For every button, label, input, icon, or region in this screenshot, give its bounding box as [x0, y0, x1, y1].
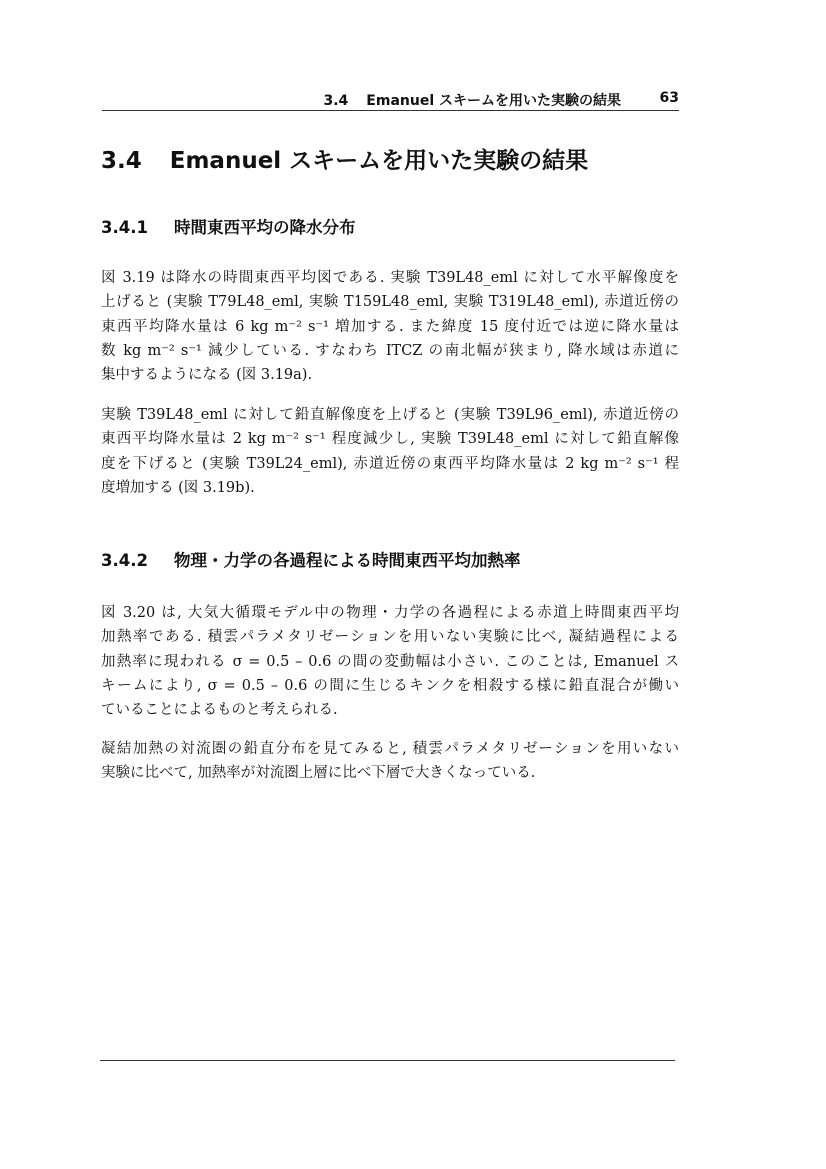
- section-heading: 3.4Emanuel スキームを用いた実験の結果: [101, 142, 588, 175]
- text-line: 実験に比べて, 加熱率が対流圏上層に比べ下層で大きくなっている.: [101, 761, 679, 785]
- text-line: ていることによるものと考えられる.: [101, 698, 679, 722]
- section-title: Emanuel スキームを用いた実験の結果: [170, 148, 588, 174]
- text-line: 上げると (実験 T79L48_eml, 実験 T159L48_eml, 実験 …: [101, 290, 679, 314]
- footer-rule: [100, 1060, 675, 1061]
- paragraph-precipitation-vertical: 実験 T39L48_eml に対して鉛直解像度を上げると (実験 T39L96_…: [101, 403, 679, 500]
- paragraph-precipitation-horizontal: 図 3.19 は降水の時間東西平均図である. 実験 T39L48_eml に対し…: [101, 266, 679, 387]
- subsection-heading-3-4-1: 3.4.1時間東西平均の降水分布: [101, 214, 355, 238]
- running-title: 3.4Emanuel スキームを用いた実験の結果: [323, 90, 621, 110]
- subsection-heading-3-4-2: 3.4.2物理・力学の各過程による時間東西平均加熱率: [101, 547, 520, 571]
- text-line: 図 3.19 は降水の時間東西平均図である. 実験 T39L48_eml に対し…: [101, 266, 679, 290]
- text-line: 実験 T39L48_eml に対して鉛直解像度を上げると (実験 T39L96_…: [101, 403, 679, 427]
- text-line: 東西平均降水量は 2 kg m⁻² s⁻¹ 程度減少し, 実験 T39L48_e…: [101, 427, 679, 451]
- text-line: 加熱率である. 積雲パラメタリゼーションを用いない実験に比べ, 凝結過程による: [101, 625, 679, 649]
- text-line: 度増加する (図 3.19b).: [101, 476, 679, 500]
- running-header: 3.4Emanuel スキームを用いた実験の結果 63: [102, 88, 679, 111]
- text-line: 図 3.20 は, 大気大循環モデル中の物理・力学の各過程による赤道上時間東西平…: [101, 601, 679, 625]
- text-line: 加熱率に現われる σ = 0.5 – 0.6 の間の変動幅は小さい. このことは…: [101, 650, 679, 674]
- subsection-number: 3.4.1: [101, 218, 148, 237]
- subsection-title: 物理・力学の各過程による時間東西平均加熱率: [174, 551, 521, 570]
- text-line: 東西平均降水量は 6 kg m⁻² s⁻¹ 増加する. また緯度 15 度付近で…: [101, 315, 679, 339]
- page-number: 63: [660, 90, 679, 106]
- subsection-title: 時間東西平均の降水分布: [174, 218, 356, 237]
- text-line: キームにより, σ = 0.5 – 0.6 の間に生じるキンクを相殺する様に鉛直…: [101, 674, 679, 698]
- text-line: 集中するようになる (図 3.19a).: [101, 363, 679, 387]
- paragraph-heating-rate: 図 3.20 は, 大気大循環モデル中の物理・力学の各過程による赤道上時間東西平…: [101, 601, 679, 722]
- subsection-number: 3.4.2: [101, 551, 148, 570]
- running-section-title: Emanuel スキームを用いた実験の結果: [366, 93, 621, 109]
- text-line: 度を下げると (実験 T39L24_eml), 赤道近傍の東西平均降水量は 2 …: [101, 452, 679, 476]
- section-number: 3.4: [101, 148, 142, 174]
- running-section-number: 3.4: [323, 93, 348, 109]
- text-line: 凝結加熱の対流圏の鉛直分布を見てみると, 積雲パラメタリゼーションを用いない: [101, 737, 679, 761]
- paragraph-condensation-heating: 凝結加熱の対流圏の鉛直分布を見てみると, 積雲パラメタリゼーションを用いない 実…: [101, 737, 679, 786]
- text-line: 数 kg m⁻² s⁻¹ 減少している. すなわち ITCZ の南北幅が狭まり,…: [101, 339, 679, 363]
